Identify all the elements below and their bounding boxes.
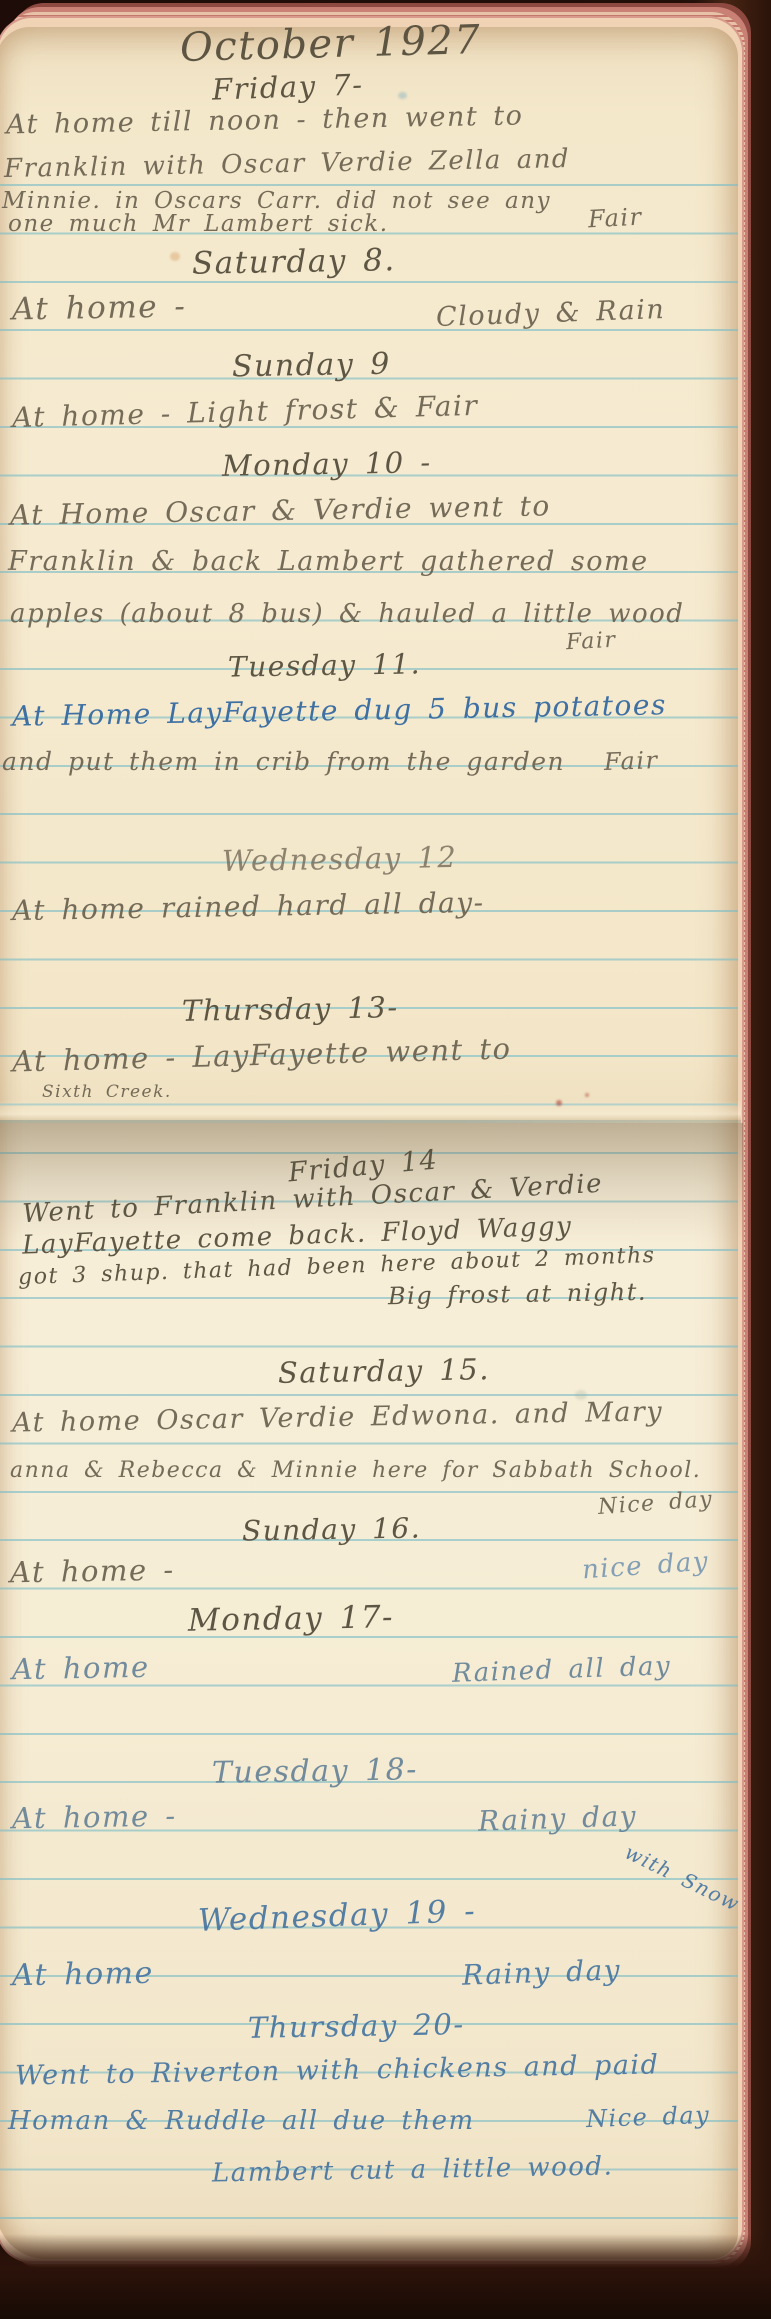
heading-wednesday-19: Wednesday 19 - <box>198 1896 477 1937</box>
weather-note: Fair <box>604 748 659 774</box>
entry-line: Homan & Ruddle all due them <box>8 2108 475 2134</box>
entry-line: Franklin with Oscar Verdie Zella and <box>4 146 570 182</box>
stain-mark <box>556 1100 562 1106</box>
annotation-with-snow: with Snow <box>622 1842 743 1915</box>
entry-line: At home <box>12 1653 150 1684</box>
weather-note: Nice day <box>597 1489 714 1519</box>
heading-tuesday-18: Tuesday 18- <box>212 1755 418 1789</box>
entry-line: Minnie. in Oscars Carr. did not see any <box>2 190 551 213</box>
entry-line: Franklin & back Lambert gathered some <box>8 548 649 575</box>
weather-note: Rainy day <box>462 1956 622 1990</box>
entry-line: At home - Light frost & Fair <box>12 392 479 432</box>
weather-note: Rained all day <box>452 1653 672 1687</box>
heading-wednesday-12: Wednesday 12 <box>222 843 458 876</box>
weather-note: Rainy day <box>478 1802 638 1836</box>
heading-sunday-9: Sunday 9 <box>232 350 391 383</box>
stain-mark <box>585 1093 589 1097</box>
weather-note: Big frost at night. <box>388 1280 647 1309</box>
heading-thursday-20: Thursday 20- <box>248 2010 465 2043</box>
heading-monday-10: Monday 10 - <box>222 448 432 481</box>
handwriting-layer: October 1927 Friday 7- At home till noon… <box>0 0 771 2319</box>
stain-mark <box>398 92 407 99</box>
weather-note: nice day <box>581 1549 710 1584</box>
weather-note: Fair <box>565 630 617 655</box>
entry-line: At home <box>12 1959 154 1991</box>
entry-line: Went to Riverton with chickens and paid <box>15 2051 660 2089</box>
heading-saturday-8: Saturday 8. <box>192 245 396 280</box>
entry-line: anna & Rebecca & Minnie here for Sabbath… <box>10 1460 701 1482</box>
weather-note: Cloudy & Rain <box>436 296 666 331</box>
heading-tuesday-11: Tuesday 11. <box>228 650 421 681</box>
entry-line: Lambert cut a little wood. <box>212 2153 614 2186</box>
heading-saturday-15: Saturday 15. <box>278 1355 490 1388</box>
entry-line: At home - <box>10 1556 175 1588</box>
weather-note: Fair <box>587 205 643 232</box>
entry-line: apples (about 8 bus) & hauled a little w… <box>10 601 684 627</box>
page-fold-highlight <box>0 1100 741 1120</box>
entry-line: At home - <box>12 1802 177 1834</box>
entry-line: At home Oscar Verdie Edwona. and Mary <box>12 1398 663 1436</box>
entry-line: At home - <box>12 291 187 325</box>
heading-thursday-13: Thursday 13- <box>182 993 399 1026</box>
heading-friday-7: Friday 7- <box>212 70 364 104</box>
entry-line: one much Mr Lambert sick. <box>8 213 389 236</box>
entry-line: and put them in crib from the garden <box>2 749 565 774</box>
heading-sunday-16: Sunday 16. <box>242 1514 422 1545</box>
entry-line: Sixth Creek. <box>42 1084 172 1101</box>
entry-line: At home rained hard all day- <box>12 889 485 925</box>
month-title: October 1927 <box>180 20 482 68</box>
entry-line: At home till noon - then went to <box>6 102 524 138</box>
heading-monday-17: Monday 17- <box>188 1602 395 1637</box>
entry-line: At Home LayFayette dug 5 bus potatoes <box>12 691 667 730</box>
entry-line: At Home Oscar & Verdie went to <box>10 492 551 529</box>
entry-line: At home - LayFayette went to <box>12 1034 512 1076</box>
stain-mark <box>170 252 180 261</box>
diary-photo: October 1927 Friday 7- At home till noon… <box>0 0 771 2319</box>
weather-note: Nice day <box>586 2103 711 2131</box>
